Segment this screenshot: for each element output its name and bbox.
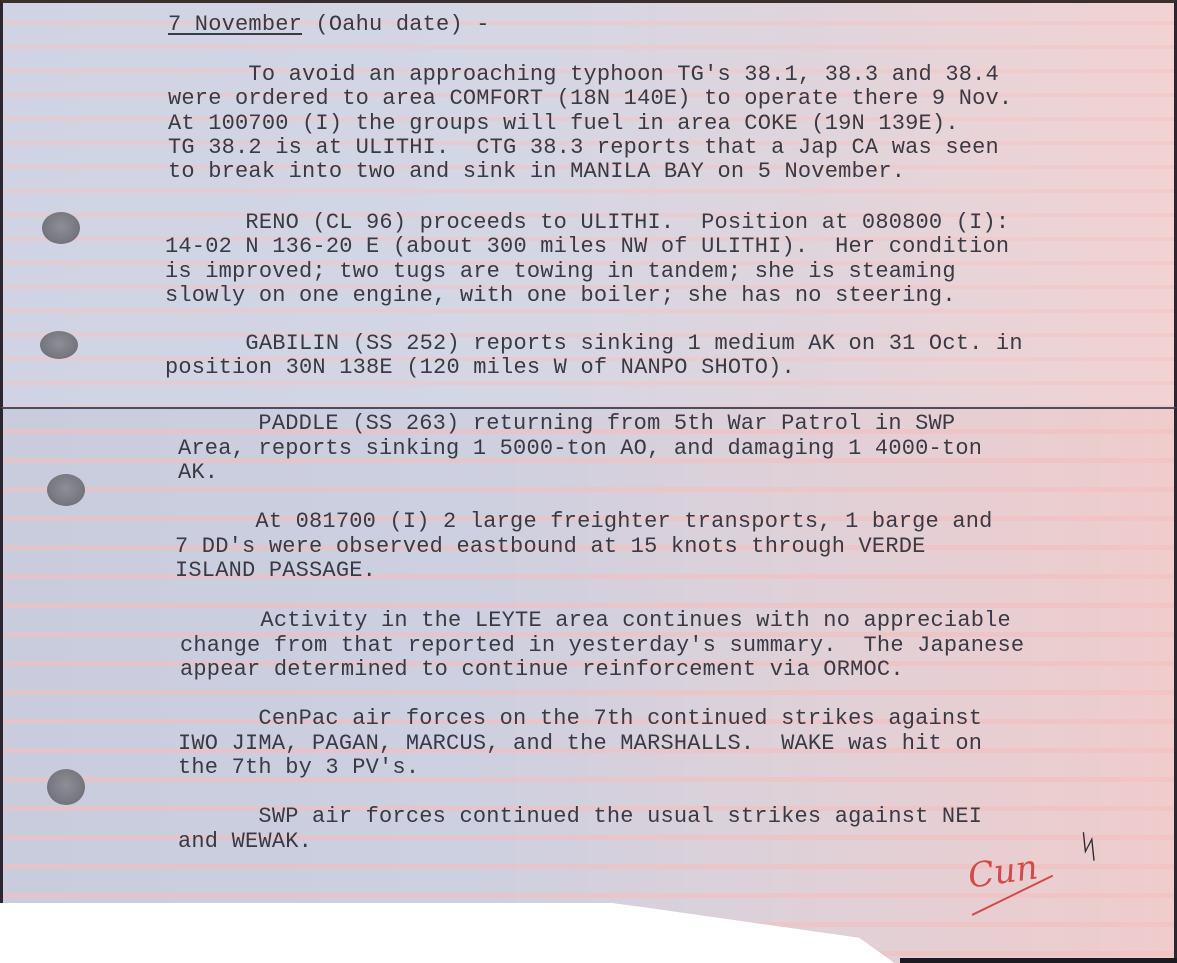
paragraph-line: 14-02 N 136-20 E (about 300 miles NW of … [165,234,1009,259]
paragraph-line: were ordered to area COMFORT (18N 140E) … [168,86,1012,111]
paragraph-line: Area, reports sinking 1 5000-ton AO, and… [178,436,982,461]
punch-hole-icon [40,331,78,359]
paragraph-line: GABILIN (SS 252) reports sinking 1 mediu… [165,331,1023,356]
paragraph-line: RENO (CL 96) proceeds to ULITHI. Positio… [165,210,1009,235]
paragraph-line: CenPac air forces on the 7th continued s… [178,706,982,731]
sheet-bottom-border [900,958,1177,963]
paragraph-line: To avoid an approaching typhoon TG's 38.… [168,62,999,87]
paragraph-line: IWO JIMA, PAGAN, MARCUS, and the MARSHAL… [178,731,982,756]
paragraph-line: appear determined to continue reinforcem… [180,657,904,682]
paragraph-line: to break into two and sink in MANILA BAY… [168,159,905,184]
paragraph-line: slowly on one engine, with one boiler; s… [165,283,956,308]
paragraph-line: Activity in the LEYTE area continues wit… [180,608,1011,633]
paragraph-line: change from that reported in yesterday's… [180,633,1024,658]
heading-date: 7 November [168,12,302,37]
paragraph-line: At 081700 (I) 2 large freighter transpor… [175,509,993,534]
paragraph-line: At 100700 (I) the groups will fuel in ar… [168,111,959,136]
paragraph-line: and WEWAK. [178,829,312,854]
heading-note: (Oahu date) - [302,12,490,37]
paragraph-line: PADDLE (SS 263) returning from 5th War P… [178,411,955,436]
paragraph-line: is improved; two tugs are towing in tand… [165,259,956,284]
punch-hole-icon [47,769,85,805]
entry-heading: 7 November (Oahu date) - [168,12,490,37]
punch-hole-icon [42,212,80,244]
paragraph-line: the 7th by 3 PV's. [178,755,419,780]
paragraph-line: SWP air forces continued the usual strik… [178,804,982,829]
paragraph-line: position 30N 138E (120 miles W of NANPO … [165,355,795,380]
paragraph-line: AK. [178,460,218,485]
punch-hole-icon [47,474,85,506]
paragraph-line: 7 DD's were observed eastbound at 15 kno… [175,534,926,559]
paragraph-line: ISLAND PASSAGE. [175,558,376,583]
paragraph-line: TG 38.2 is at ULITHI. CTG 38.3 reports t… [168,135,999,160]
